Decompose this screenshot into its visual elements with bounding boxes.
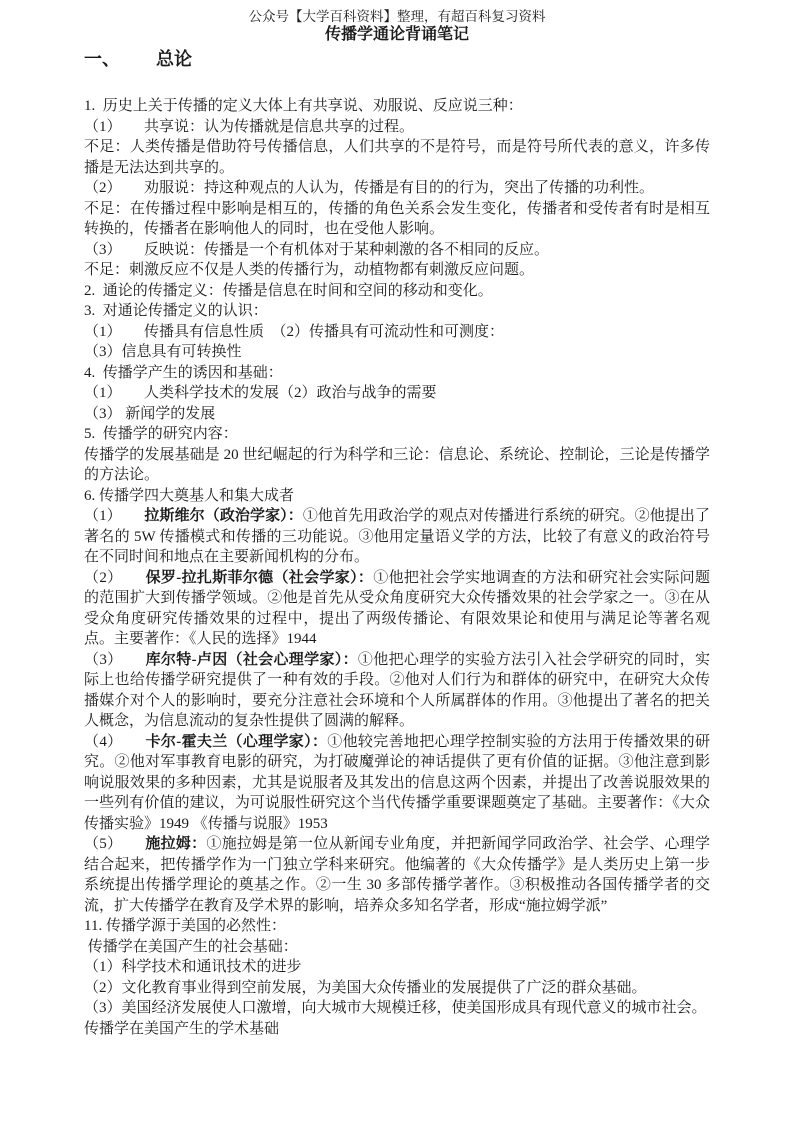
paragraph: （2）文化教育事业得到空前发展，为美国大众传播业的发展提供了广泛的群众基础。	[84, 978, 710, 999]
section-number: 一、	[84, 49, 120, 69]
paragraph: （2） 保罗-拉扎斯菲尔德（社会学家）：①他把社会学实地调查的方法和研究社会实际…	[84, 568, 710, 650]
paragraph: （4） 卡尔-霍夫兰（心理学家）：①他较完善地把心理学控制实验的方法用于传播效果…	[84, 732, 710, 835]
paragraph: 1. 历史上关于传播的定义大体上有共享说、劝服说、反应说三种：	[84, 96, 710, 117]
paragraph: （3）美国经济发展使人口激增，向大城市大规模迁移，使美国形成具有现代意义的城市社…	[84, 998, 710, 1019]
paragraph: 不足：人类传播是借助符号传播信息，人们共享的不是符号，而是符号所代表的意义，许多…	[84, 137, 710, 178]
paragraph: （3） 库尔特-卢因（社会心理学家）：①他把心理学的实验方法引入社会学研究的同时…	[84, 650, 710, 732]
text-run: （1）科学技术和通讯技术的进步	[84, 959, 302, 975]
text-run: 6. 传播学四大奠基人和集大成者	[84, 488, 294, 504]
bold-term: 保罗-拉扎斯菲尔德（社会学家）：	[146, 570, 374, 586]
paragraph: （3）信息具有可转换性	[84, 342, 710, 363]
paragraph: 11. 传播学源于美国的必然性：	[84, 916, 710, 937]
text-run: 3. 对通论传播定义的认识：	[84, 303, 268, 319]
paragraph: （3） 新闻学的发展	[84, 404, 710, 425]
text-run: 传播学的发展基础是 20 世纪崛起的行为科学和三论：信息论、系统论、控制论，三论…	[84, 447, 710, 484]
text-run: 4. 传播学产生的诱因和基础：	[84, 365, 283, 381]
document-page: 公众号【大学百科资料】整理，有超百科复习资料 传播学通论背诵笔记 一、总论 1.…	[0, 0, 793, 1122]
text-run: （3） 反映说：传播是一个有机体对于某种刺激的各不相同的反应。	[84, 242, 549, 258]
paragraph: 传播学在美国产生的学术基础	[84, 1019, 710, 1040]
text-run: （1） 传播具有信息性质 （2）传播具有可流动性和可测度：	[84, 324, 504, 340]
text-run: 不足：在传播过程中影响是相互的，传播的角色关系会发生变化，传播者和受传者有时是相…	[84, 201, 710, 238]
text-run: （2）文化教育事业得到空前发展，为美国大众传播业的发展提供了广泛的群众基础。	[84, 980, 647, 996]
text-run: 不足：刺激反应不仅是人类的传播行为，动植物都有刺激反应问题。	[84, 262, 534, 278]
paragraph: （1） 传播具有信息性质 （2）传播具有可流动性和可测度：	[84, 322, 710, 343]
paragraph: 3. 对通论传播定义的认识：	[84, 301, 710, 322]
paragraph: 5. 传播学的研究内容：	[84, 424, 710, 445]
paragraph: 传播学在美国产生的社会基础：	[84, 937, 710, 958]
paragraph: （1） 人类科学技术的发展（2）政治与战争的需要	[84, 383, 710, 404]
header-note: 公众号【大学百科资料】整理，有超百科复习资料	[84, 8, 710, 25]
paragraph: 6. 传播学四大奠基人和集大成者	[84, 486, 710, 507]
text-run: （3）信息具有可转换性	[84, 344, 242, 360]
bold-term: 拉斯维尔（政治学家）：	[144, 508, 302, 524]
text-run: 传播学在美国产生的学术基础	[84, 1021, 279, 1037]
paragraph: 不足：刺激反应不仅是人类的传播行为，动植物都有刺激反应问题。	[84, 260, 710, 281]
text-run: 5. 传播学的研究内容：	[84, 426, 238, 442]
text-run: 传播学在美国产生的社会基础：	[84, 939, 298, 955]
paragraph: （1）科学技术和通讯技术的进步	[84, 957, 710, 978]
text-run: 11. 传播学源于美国的必然性：	[84, 918, 286, 934]
text-run: （1） 人类科学技术的发展（2）政治与战争的需要	[84, 385, 437, 401]
text-run: （3）	[84, 652, 146, 668]
bold-term: 卡尔-霍夫兰（心理学家）：	[146, 734, 328, 750]
text-run: （1） 共享说：认为传播就是信息共享的过程。	[84, 119, 414, 135]
paragraph: 2. 通论的传播定义：传播是信息在时间和空间的移动和变化。	[84, 281, 710, 302]
text-run: （2） 劝服说：持这种观点的人认为，传播是有目的的行为，突出了传播的功利性。	[84, 180, 654, 196]
text-run: （3） 新闻学的发展	[84, 406, 215, 422]
section-heading: 一、总论	[84, 48, 710, 71]
paragraph: （3） 反映说：传播是一个有机体对于某种刺激的各不相同的反应。	[84, 240, 710, 261]
text-run: 1. 历史上关于传播的定义大体上有共享说、劝服说、反应说三种：	[84, 98, 523, 114]
paragraph: （1） 共享说：认为传播就是信息共享的过程。	[84, 117, 710, 138]
paragraph: （2） 劝服说：持这种观点的人认为，传播是有目的的行为，突出了传播的功利性。	[84, 178, 710, 199]
text-run: （5）	[84, 836, 145, 852]
text-run: （4）	[84, 734, 146, 750]
section-title: 总论	[156, 49, 192, 69]
paragraph: 不足：在传播过程中影响是相互的，传播的角色关系会发生变化，传播者和受传者有时是相…	[84, 199, 710, 240]
text-run: （2）	[84, 570, 146, 586]
paragraph: 传播学的发展基础是 20 世纪崛起的行为科学和三论：信息论、系统论、控制论，三论…	[84, 445, 710, 486]
text-run: 不足：人类传播是借助符号传播信息，人们共享的不是符号，而是符号所代表的意义，许多…	[84, 139, 710, 176]
document-title: 传播学通论背诵笔记	[84, 25, 710, 45]
text-run: 2. 通论的传播定义：传播是信息在时间和空间的移动和变化。	[84, 283, 493, 299]
paragraph: （5） 施拉姆：①施拉姆是第一位从新闻专业角度，并把新闻学同政治学、社会学、心理…	[84, 834, 710, 916]
text-run: （3）美国经济发展使人口激增，向大城市大规模迁移，使美国形成具有现代意义的城市社…	[84, 1000, 707, 1016]
text-run: （1）	[84, 508, 144, 524]
bold-term: 施拉姆：	[145, 836, 206, 852]
document-body: 1. 历史上关于传播的定义大体上有共享说、劝服说、反应说三种：（1） 共享说：认…	[84, 96, 710, 1039]
paragraph: 4. 传播学产生的诱因和基础：	[84, 363, 710, 384]
paragraph: （1） 拉斯维尔（政治学家）：①他首先用政治学的观点对传播进行系统的研究。②他提…	[84, 506, 710, 568]
bold-term: 库尔特-卢因（社会心理学家）：	[146, 652, 358, 668]
